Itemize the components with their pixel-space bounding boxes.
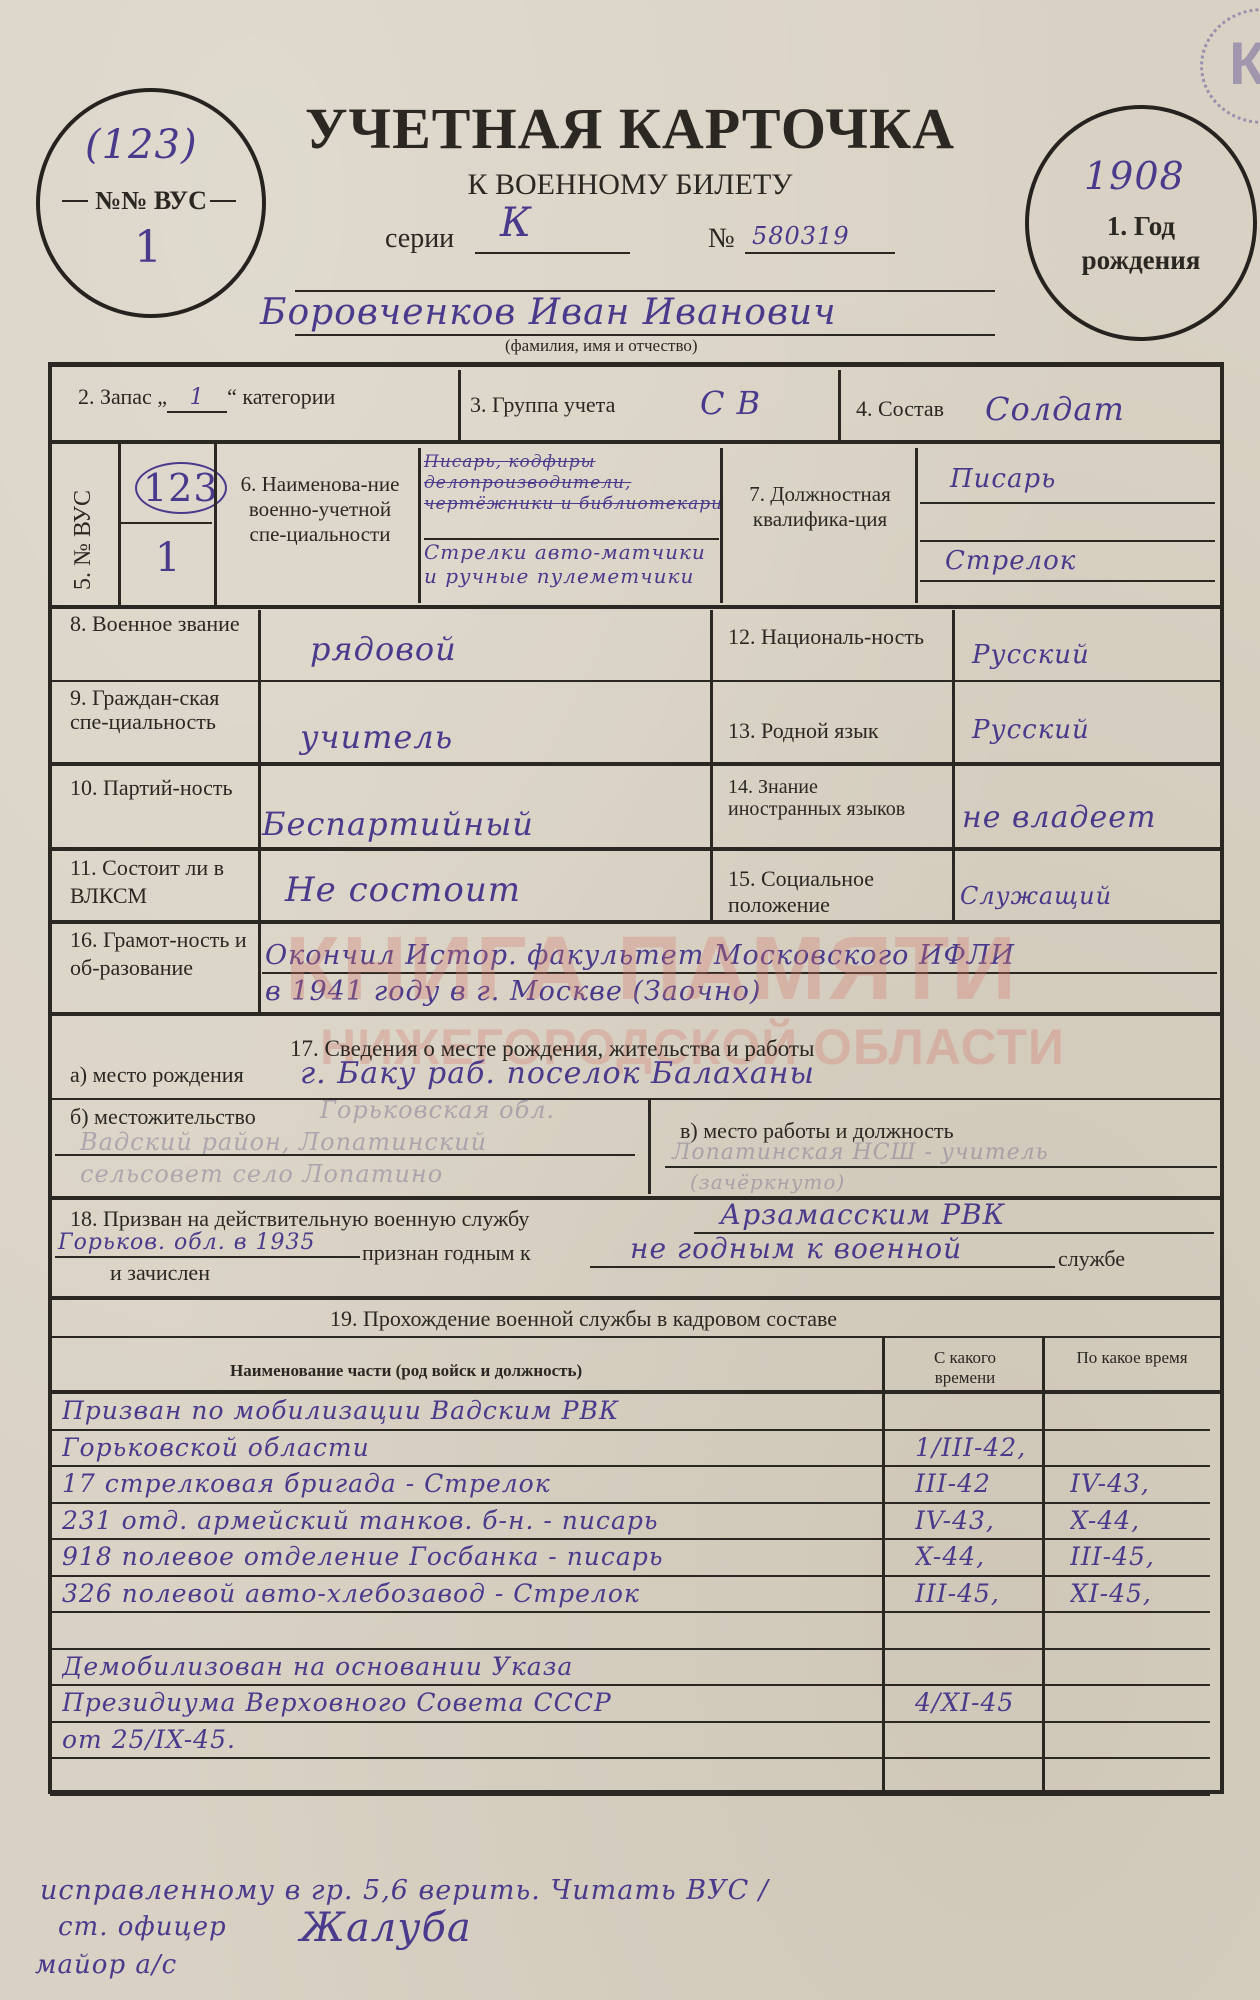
- field-2-label: 2. Запас „1“ категории: [78, 384, 335, 413]
- field-14-value: не владеет: [962, 800, 1156, 835]
- footer-note-line-1: исправленному в гр. 5,6 верить. Читать В…: [40, 1875, 769, 1906]
- field-11-label: 11. Состоит ли в ВЛКСМ: [70, 854, 250, 910]
- field-11-value: Не состоит: [285, 870, 521, 910]
- table-row: 326 полевой авто-хлебозавод - СтрелокIII…: [40, 1577, 1200, 1614]
- field-2-value: 1: [167, 385, 227, 413]
- field-3-value: С В: [700, 384, 761, 422]
- service-unit-cell: 231 отд. армейский танков. б-н. - писарь: [62, 1506, 882, 1535]
- field-7-value-2: Стрелок: [945, 546, 1076, 576]
- series-label: серии: [385, 226, 454, 252]
- field-8-value: рядовой: [310, 630, 457, 668]
- fio-value: Боровченков Иван Иванович: [260, 292, 836, 333]
- service-to-cell: III-45,: [1070, 1542, 1220, 1571]
- service-from-cell: X-44,: [915, 1542, 1065, 1571]
- table-row: [40, 1759, 1200, 1796]
- fitness-suffix-label: службе: [1058, 1246, 1125, 1272]
- table-row: Демобилизован на основании Указа: [40, 1650, 1200, 1687]
- field-5-bottom-value: 1: [155, 535, 181, 581]
- stamp: К: [1200, 8, 1260, 124]
- field-12-label: 12. Националь-ность: [728, 624, 928, 650]
- field-16-value-2: в 1941 году в г. Москве (Заочно): [265, 976, 761, 1007]
- residence-value-3: сельсовет село Лопатино: [80, 1160, 443, 1188]
- service-unit-cell: Горьковской области: [62, 1433, 882, 1462]
- service-unit-cell: Президиума Верховного Совета СССР: [62, 1688, 882, 1717]
- service-from-cell: IV-43,: [915, 1506, 1065, 1535]
- field-6-label: 6. Наименова-ние военно-учетной спе-циал…: [230, 472, 410, 547]
- field-9-label: 9. Граждан-ская спе-циальность: [70, 686, 260, 734]
- table-row: 918 полевое отделение Госбанка - писарьX…: [40, 1540, 1200, 1577]
- field-3-label: 3. Группа учета: [470, 392, 615, 418]
- field-6-value-struck: Писарь, кодфиры делопроизводители, чертё…: [424, 452, 724, 515]
- workplace-value-1: Лопатинская НСШ - учитель: [672, 1140, 1049, 1165]
- service-from-cell: III-45,: [915, 1579, 1065, 1608]
- field-14-label: 14. Знание иностранных языков: [728, 776, 928, 820]
- service-from-cell: III-42: [915, 1469, 1065, 1498]
- service-from-cell: 1/III-42,: [915, 1433, 1065, 1462]
- vus-circle: (123) №№ ВУС 1: [36, 88, 266, 318]
- service-unit-cell: от 25/IX-45.: [62, 1725, 882, 1754]
- field-16-value-1: Окончил Истор. факультет Московского ИФЛ…: [265, 940, 1015, 971]
- field-5-label: 5. № ВУС: [70, 490, 97, 590]
- table-row: Призван по мобилизации Вадским РВК: [40, 1394, 1200, 1431]
- service-unit-cell: 918 полевое отделение Госбанка - писарь: [62, 1542, 882, 1571]
- stamp-letter: К: [1229, 29, 1260, 98]
- birthplace-value: г. Баку раб. поселок Балаханы: [300, 1056, 815, 1091]
- conscription-value: Арзамасским РВК: [720, 1198, 1005, 1231]
- enlisted-label: и зачислен: [110, 1260, 210, 1286]
- service-to-cell: IV-43,: [1070, 1469, 1220, 1498]
- birth-year-value: 1908: [1084, 154, 1185, 198]
- table-row: от 25/IX-45.: [40, 1723, 1200, 1760]
- field-5-top-value: 123: [135, 462, 227, 514]
- field-4-label: 4. Состав: [856, 396, 944, 422]
- footer-note-line-3: майор а/с: [35, 1950, 177, 1980]
- table-row: [40, 1613, 1200, 1650]
- footer-note-line-2: ст. офицер: [58, 1912, 227, 1942]
- field-6-value: Стрелки авто-матчики и ручные пулеметчик…: [424, 540, 724, 588]
- field-15-label: 15. Социальное положение: [728, 866, 928, 918]
- service-unit-cell: Призван по мобилизации Вадским РВК: [62, 1396, 882, 1425]
- conscription-year-value: Горьков. обл. в 1935: [58, 1230, 316, 1255]
- field-13-value: Русский: [972, 715, 1090, 745]
- field-15-value: Служащий: [960, 882, 1112, 910]
- service-from-cell: 4/XI-45: [915, 1688, 1065, 1717]
- vus-bottom-value: 1: [134, 222, 163, 273]
- residence-label: б) местожительство: [70, 1104, 256, 1130]
- field-7-value-1: Писарь: [950, 464, 1056, 494]
- residence-value-1: Горьковская обл.: [320, 1096, 555, 1124]
- section-19-title: 19. Прохождение военной службы в кадрово…: [330, 1306, 837, 1332]
- service-to-cell: XI-45,: [1070, 1579, 1220, 1608]
- fio-caption: (фамилия, имя и отчество): [505, 336, 698, 356]
- conscription-label: 18. Призван на действительную военную сл…: [70, 1206, 529, 1232]
- footer-signature: Жалуба: [300, 1905, 472, 1951]
- service-unit-cell: Демобилизован на основании Указа: [62, 1652, 882, 1681]
- fitness-value: не годным к военной: [630, 1232, 962, 1265]
- residence-value-2: Вадский район, Лопатинский: [80, 1128, 487, 1156]
- table-row: 231 отд. армейский танков. б-н. - писарь…: [40, 1504, 1200, 1541]
- birthplace-label: а) место рождения: [70, 1062, 244, 1088]
- document-subtitle: К ВОЕННОМУ БИЛЕТУ: [300, 168, 960, 202]
- field-9-value: учитель: [300, 718, 453, 756]
- field-4-value: Солдат: [985, 390, 1125, 428]
- field-10-value: Беспартийный: [262, 805, 534, 843]
- field-8-label: 8. Военное звание: [70, 612, 250, 636]
- field-12-value: Русский: [972, 640, 1090, 670]
- number-label: №: [708, 226, 735, 252]
- service-to-cell: X-44,: [1070, 1506, 1220, 1535]
- service-unit-cell: 17 стрелковая бригада - Стрелок: [62, 1469, 882, 1498]
- fitness-label: признан годным к: [362, 1240, 531, 1266]
- workplace-value-2: (зачёркнуто): [690, 1170, 845, 1194]
- field-16-label: 16. Грамот-ность и об-разование: [70, 926, 250, 982]
- field-7-label: 7. Должностная квалифика-ция: [725, 482, 915, 532]
- column-header-unit: Наименование части (род войск и должност…: [230, 1358, 582, 1384]
- series-value: К: [500, 200, 532, 246]
- vus-top-value: (123): [85, 122, 198, 168]
- table-row: Горьковской области1/III-42,: [40, 1431, 1200, 1468]
- service-unit-cell: 326 полевой авто-хлебозавод - Стрелок: [62, 1579, 882, 1608]
- column-header-to: По какое время: [1062, 1348, 1202, 1368]
- column-header-from: С какого времени: [905, 1348, 1025, 1388]
- field-13-label: 13. Родной язык: [728, 718, 879, 744]
- birth-year-circle: 1908 1. Год рождения: [1025, 105, 1257, 341]
- document-title: УЧЕТНАЯ КАРТОЧКА: [300, 95, 960, 162]
- table-row: 17 стрелковая бригада - СтрелокIII-42IV-…: [40, 1467, 1200, 1504]
- birth-year-label: 1. Год рождения: [1029, 209, 1253, 277]
- field-10-label: 10. Партий-ность: [70, 775, 245, 801]
- table-row: Президиума Верховного Совета СССР4/XI-45: [40, 1686, 1200, 1723]
- number-value: 580319: [752, 222, 850, 250]
